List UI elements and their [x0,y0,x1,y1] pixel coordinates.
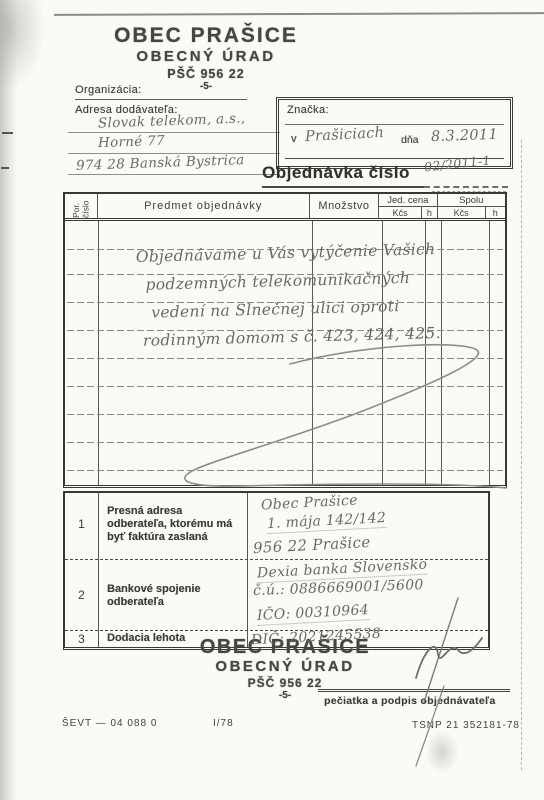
handwritten-ico: IČO: 00310964 [257,602,370,626]
supplier-address-line: Slovak telekom, a.s., [68,112,280,133]
mark-underline [285,124,504,125]
handwritten-date: 8.3.2011 [431,127,499,145]
order-title: Objednávka číslo [262,163,410,183]
handwritten-supplier-line-2: Horné 77 [98,133,165,151]
handwritten-invoice-address-2: 1. mája 142/142 [267,510,387,534]
stamp-number: -5- [165,690,405,701]
supplier-address-line: Horné 77 [68,133,280,154]
handwritten-supplier-line-1: Slovak telekom, a.s., [98,110,246,131]
page-fold-line [521,140,522,770]
handwritten-place: Prašiciach [305,125,385,145]
scan-left-edge [0,0,18,800]
stamp-office-name: OBECNÝ ÚRAD [165,659,405,676]
header-office-stamp: OBEC PRAŠICE OBECNÝ ÚRAD PŠČ 956 22 -5- [88,24,324,92]
form-code-left: ŠEVT — 04 088 0 [62,718,157,729]
place-prefix-label: v [291,133,297,145]
order-number-underline [424,186,508,188]
organization-label: Organizácia: [75,84,247,100]
scan-speck [1,167,9,169]
handwritten-invoice-address-3: 956 22 Prašice [253,533,371,557]
date-label: dňa [401,134,419,146]
stamp-office-name: OBECNÝ ÚRAD [88,49,324,66]
stamp-postal-code: PŠČ 956 22 [165,677,405,690]
order-title-underline [262,186,424,188]
scan-speck [2,132,13,134]
details-row-number: 2 [65,588,98,602]
handwritten-invoice-address-1: Obec Prašice [261,492,359,513]
stamp-postal-code: PŠČ 956 22 [88,68,324,82]
details-row-number: 3 [65,632,98,646]
supplier-address-block: Slovak telekom, a.s., Horné 77 974 28 Ba… [68,112,280,175]
details-column-line [98,493,99,647]
details-column-line [247,493,248,647]
form-code-center: I/78 [213,718,234,729]
details-row-number: 1 [65,517,98,531]
page-top-edge-line [54,12,544,16]
order-items-table: Por. číslo Predmet objednávky Množstvo J… [63,192,507,488]
details-row-label: Presná adresa odberateľa, ktorému má byť… [107,505,239,544]
signature-stroke [400,590,520,770]
supplier-address-line: 974 28 Banská Bystrica [68,154,280,175]
stamp-org-name: OBEC PRAŠICE [88,24,324,47]
crossout-stroke [65,194,509,490]
scan-corner-smudge [0,0,46,90]
mark-label: Značka: [287,104,329,116]
handwritten-supplier-line-3: 974 28 Banská Bystrica [76,152,245,174]
scanned-order-form: OBEC PRAŠICE OBECNÝ ÚRAD PŠČ 956 22 -5- … [0,0,544,800]
details-row-label: Bankové spojenie odberateľa [107,583,239,609]
